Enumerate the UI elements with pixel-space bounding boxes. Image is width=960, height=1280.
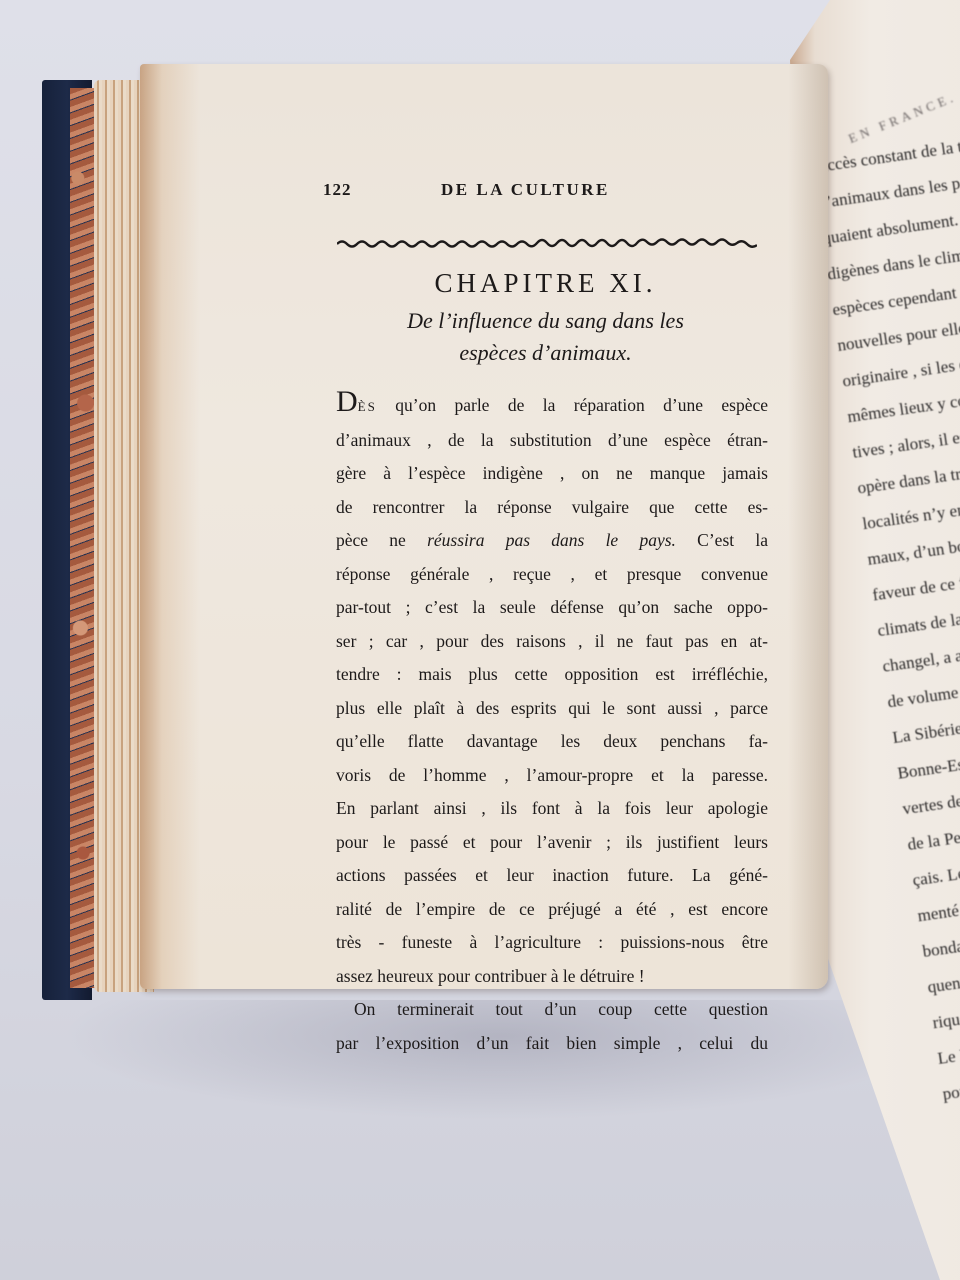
text-line: DÈS qu’on parle de la réparation d’une e… (336, 387, 768, 424)
text-line: En parlant ainsi , ils font à la fois le… (336, 792, 768, 826)
italic-phrase: réussira pas dans le pays. (427, 530, 676, 550)
page-number: 122 (323, 180, 441, 200)
text-line: par l’exposition d’un fait bien simple ,… (336, 1027, 768, 1061)
text-line: d’animaux , de la substitution d’une esp… (336, 424, 768, 458)
text-fragment: qu’on parle de la réparation d’une espèc… (377, 395, 768, 415)
right-page-text: succès constant de la transplantation d’… (810, 108, 960, 1112)
text-line: pour le passé et pour l’avenir ; ils jus… (336, 826, 768, 860)
text-line: ralité de l’empire de ce préjugé a été ,… (336, 893, 768, 927)
wavy-rule-ornament (337, 236, 757, 250)
marbled-endpaper (70, 88, 96, 988)
text-line: qu’elle flatte davantage les deux pencha… (336, 725, 768, 759)
text-line: réponse générale , reçue , et presque co… (336, 558, 768, 592)
text-line: tendre : mais plus cette opposition est … (336, 658, 768, 692)
text-line: de rencontrer la réponse vulgaire que ce… (336, 491, 768, 525)
subtitle-line: De l’influence du sang dans les (323, 305, 768, 337)
text-line: très - funeste à l’agriculture : puissio… (336, 926, 768, 960)
small-caps: ÈS (358, 399, 377, 414)
text-line: par-tout ; c’est la seule défense qu’on … (336, 591, 768, 625)
text-line: voris de l’homme , l’amour-propre et la … (336, 759, 768, 793)
page-header: 122 DE LA CULTURE (323, 180, 768, 200)
running-head: DE LA CULTURE (441, 180, 610, 200)
text-line: gère à l’espèce indigène , on ne manque … (336, 457, 768, 491)
text-fragment: pèce ne (336, 530, 427, 550)
text-line: On terminerait tout d’un coup cette ques… (336, 993, 768, 1027)
left-page-content: 122 DE LA CULTURE CHAPITRE XI. De l’infl… (323, 180, 768, 1060)
chapter-subtitle: De l’influence du sang dans les espèces … (323, 305, 768, 369)
text-line: pèce ne réussira pas dans le pays. C’est… (336, 524, 768, 558)
text-line: ser ; car , pour des raisons , il ne fau… (336, 625, 768, 659)
chapter-title: CHAPITRE XI. (323, 268, 768, 299)
text-line: actions passées et leur inaction future.… (336, 859, 768, 893)
text-line: assez heureux pour contribuer à le détru… (336, 960, 768, 994)
body-text: DÈS qu’on parle de la réparation d’une e… (323, 387, 768, 1060)
text-line: plus elle plaît à des esprits qui le son… (336, 692, 768, 726)
drop-cap: D (336, 385, 358, 418)
subtitle-line: espèces d’animaux. (323, 337, 768, 369)
text-fragment: C’est la (676, 530, 768, 550)
